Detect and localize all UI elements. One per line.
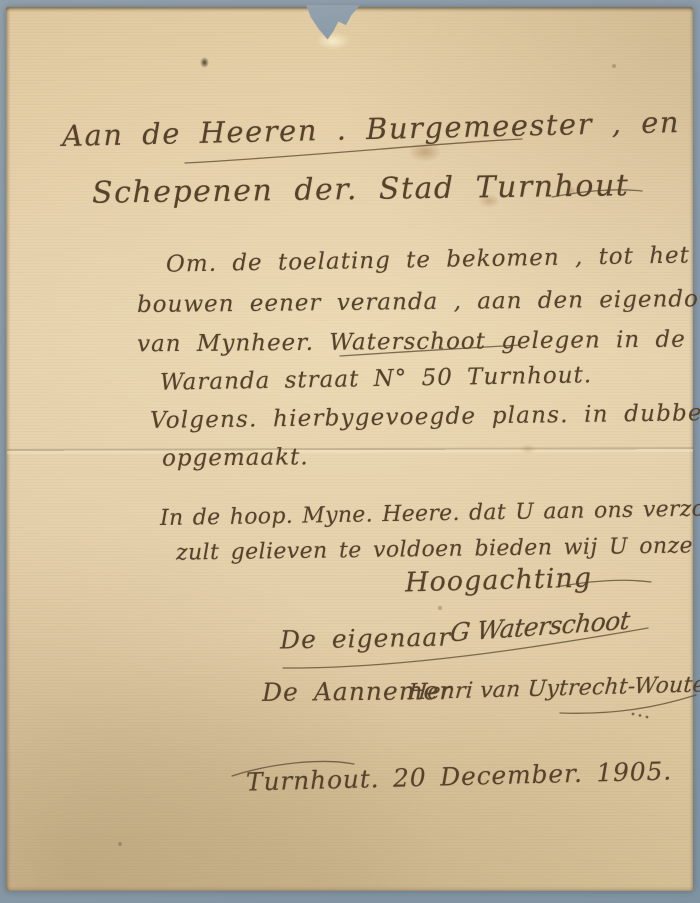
body-line-6: opgemaakt. <box>162 444 309 471</box>
body-line-3: van Mynheer. Waterschoot gelegen in de <box>137 327 686 358</box>
stain-spot <box>520 444 536 454</box>
closing-salute: Hoogachting <box>405 563 593 599</box>
signature-role-owner: De eigenaar <box>280 623 452 655</box>
ink-blot <box>200 57 209 68</box>
stain-spot <box>438 606 442 610</box>
stain-spot <box>612 64 616 68</box>
paper-flake-chip <box>316 32 350 50</box>
stain-spot <box>118 842 122 846</box>
salutation-line-2: Schepenen der. Stad Turnhout <box>92 168 630 210</box>
scanned-letter-page: Aan de Heeren . Burgemeester , en Schepe… <box>0 0 700 903</box>
